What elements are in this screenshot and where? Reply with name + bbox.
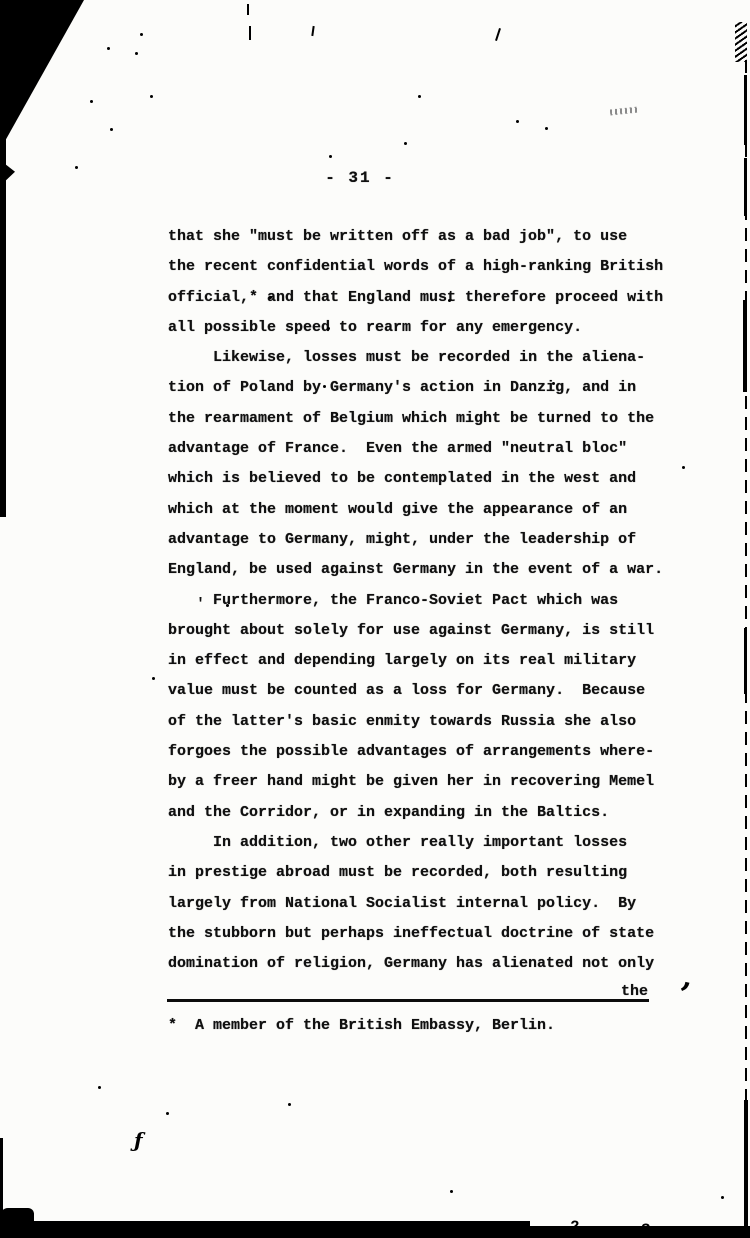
scan-speck (152, 677, 155, 680)
catchword: the (168, 977, 648, 1007)
scan-artifact-dash (311, 26, 314, 36)
scan-speck (516, 120, 519, 123)
scan-speck (226, 604, 229, 607)
footnote: * A member of the British Embassy, Berli… (168, 1011, 688, 1041)
scan-artifact-right-blob (744, 158, 747, 216)
scan-artifact-dash (247, 4, 249, 15)
scan-artifact-ink-mark: , (679, 959, 697, 995)
scan-speck (682, 466, 685, 469)
scan-speck (448, 299, 451, 302)
scan-speck (140, 33, 143, 36)
scan-speck (323, 385, 326, 388)
document-body: that she "must be written off as a bad j… (168, 222, 668, 979)
scan-artifact-right-blob (744, 1100, 748, 1238)
paragraph: In addition, two other really important … (168, 828, 668, 979)
scan-artifact-pencil-smudge (610, 107, 638, 116)
scan-artifact-ink-mark: ƒ (134, 1128, 143, 1152)
paragraph: Furthermore, the Franco-Soviet Pact whic… (168, 586, 668, 828)
scan-artifact-corner-triangle (0, 0, 84, 150)
scan-speck (166, 1112, 169, 1115)
scan-artifact-slash (495, 28, 501, 41)
scan-speck (404, 142, 407, 145)
scan-speck (107, 47, 110, 50)
scan-artifact-bottom-corner (0, 1208, 34, 1238)
scan-speck (135, 52, 138, 55)
scan-speck (721, 1196, 724, 1199)
scan-speck (418, 95, 421, 98)
scanned-document-page: - 31 - that she "must be written off as … (0, 0, 750, 1238)
scan-artifact-right-blob (743, 300, 747, 392)
scan-artifact-bottom-bar (0, 1221, 530, 1229)
scan-artifact-right-squiggle (735, 22, 747, 62)
scan-speck (98, 1086, 101, 1089)
scan-speck (288, 1103, 291, 1106)
scan-speck (552, 382, 555, 385)
scan-speck (545, 127, 548, 130)
scan-artifact-right-blob (744, 628, 747, 694)
scan-speck (329, 155, 332, 158)
page-number: - 31 - (0, 163, 720, 193)
scan-speck (269, 296, 272, 299)
scan-speck (110, 128, 113, 131)
footnote-divider (167, 999, 649, 1002)
scan-artifact-ink-mark: ' (196, 596, 205, 613)
scan-speck (150, 95, 153, 98)
scan-speck (90, 100, 93, 103)
scan-speck (450, 1190, 453, 1193)
scan-artifact-right-blob (744, 75, 747, 145)
scan-speck (327, 327, 330, 330)
scan-artifact-dash (249, 26, 251, 40)
scan-speck (75, 166, 78, 169)
paragraph: Likewise, losses must be recorded in the… (168, 343, 668, 585)
paragraph: that she "must be written off as a bad j… (168, 222, 668, 343)
